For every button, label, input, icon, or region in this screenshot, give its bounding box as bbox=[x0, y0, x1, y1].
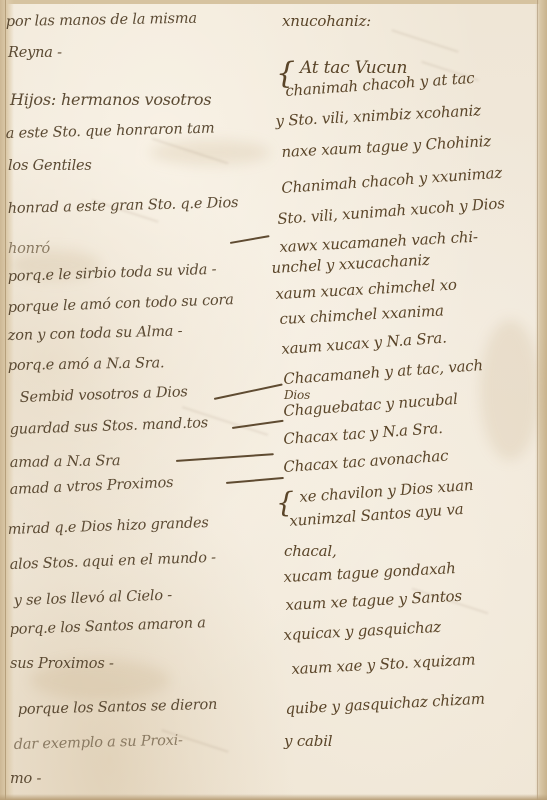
linking-stroke bbox=[230, 235, 270, 244]
text-line: Sembid vosotros a Dios bbox=[19, 384, 187, 406]
text-line: porq.e los Santos amaron a bbox=[9, 615, 206, 638]
text-line: Chacax tac avonachac bbox=[283, 447, 449, 476]
text-line: naxe xaum tague y Chohiniz bbox=[281, 132, 491, 161]
text-line: honrad a este gran Sto. q.e Dios bbox=[8, 195, 239, 217]
text-line: xaum xae y Sto. xquizam bbox=[291, 650, 476, 678]
text-line: y se los llevó al Cielo - bbox=[13, 587, 172, 609]
manuscript-page: por las manos de la misma Reyna - Hijos:… bbox=[0, 0, 547, 800]
text-line: dar exemplo a su Proxi- bbox=[14, 733, 183, 753]
text-line: xaum xucax chimchel xo bbox=[275, 276, 457, 303]
text-line: por las manos de la misma bbox=[6, 11, 197, 30]
text-line: Hijos: hermanos vosotros bbox=[10, 90, 211, 109]
text-line: xawx xucamaneh vach chi- bbox=[279, 228, 478, 256]
text-line: alos Stos. aqui en el mundo - bbox=[9, 550, 216, 573]
text-line: xaum xucax y N.a Sra. bbox=[281, 328, 447, 358]
text-line: amad a vtros Proximos bbox=[9, 475, 173, 498]
text-line: a este Sto. que honraron tam bbox=[6, 121, 215, 142]
paper-stain bbox=[480, 320, 540, 460]
text-line: mo - bbox=[10, 771, 41, 787]
ink-bleedthrough bbox=[391, 29, 458, 53]
text-line: honró bbox=[8, 241, 50, 257]
text-line: porque los Santos se dieron bbox=[18, 697, 218, 718]
text-line: y cabil bbox=[284, 732, 332, 750]
text-line: Reyna - bbox=[8, 45, 62, 61]
text-line: y Sto. vili, xnimbiz xcohaniz bbox=[275, 101, 481, 130]
text-line: cux chimchel xxanima bbox=[279, 301, 444, 328]
linking-stroke bbox=[214, 383, 283, 399]
linking-stroke bbox=[226, 477, 284, 484]
text-line: zon y con toda su Alma - bbox=[8, 323, 183, 344]
text-line: Chanimah chacoh y xxunimaz bbox=[281, 164, 503, 197]
text-line: Chacax tac y N.a Sra. bbox=[283, 419, 444, 448]
text-line: xucam tague gondaxah bbox=[283, 559, 456, 586]
page-left-binding-edge bbox=[0, 0, 14, 800]
binding-line bbox=[5, 0, 6, 800]
text-line: Sto. vili, xunimah xucoh y Dios bbox=[277, 194, 505, 228]
text-line: porque le amó con todo su cora bbox=[7, 292, 234, 316]
page-bottom-edge bbox=[0, 794, 547, 800]
text-line: sus Proximos - bbox=[10, 656, 114, 672]
text-line: guardad sus Stos. mand.tos bbox=[9, 415, 208, 438]
text-line: amad a N.a Sra bbox=[10, 453, 121, 471]
text-line: quibe y gasquichaz chizam bbox=[285, 690, 485, 718]
text-line: los Gentiles bbox=[8, 158, 92, 174]
text-line: xnucohaniz: bbox=[282, 12, 371, 30]
page-top-edge bbox=[0, 0, 547, 4]
text-line: mirad q.e Dios hizo grandes bbox=[7, 515, 208, 538]
text-line: xaum xe tague y Santos bbox=[285, 587, 462, 614]
text-line: Chacamaneh y at tac, vach bbox=[283, 356, 484, 388]
text-line: chacal, bbox=[284, 542, 337, 560]
linking-stroke bbox=[176, 453, 274, 461]
text-line: porq.e amó a N.a Sra. bbox=[8, 355, 165, 374]
text-line: xquicax y gasquichaz bbox=[283, 618, 441, 644]
